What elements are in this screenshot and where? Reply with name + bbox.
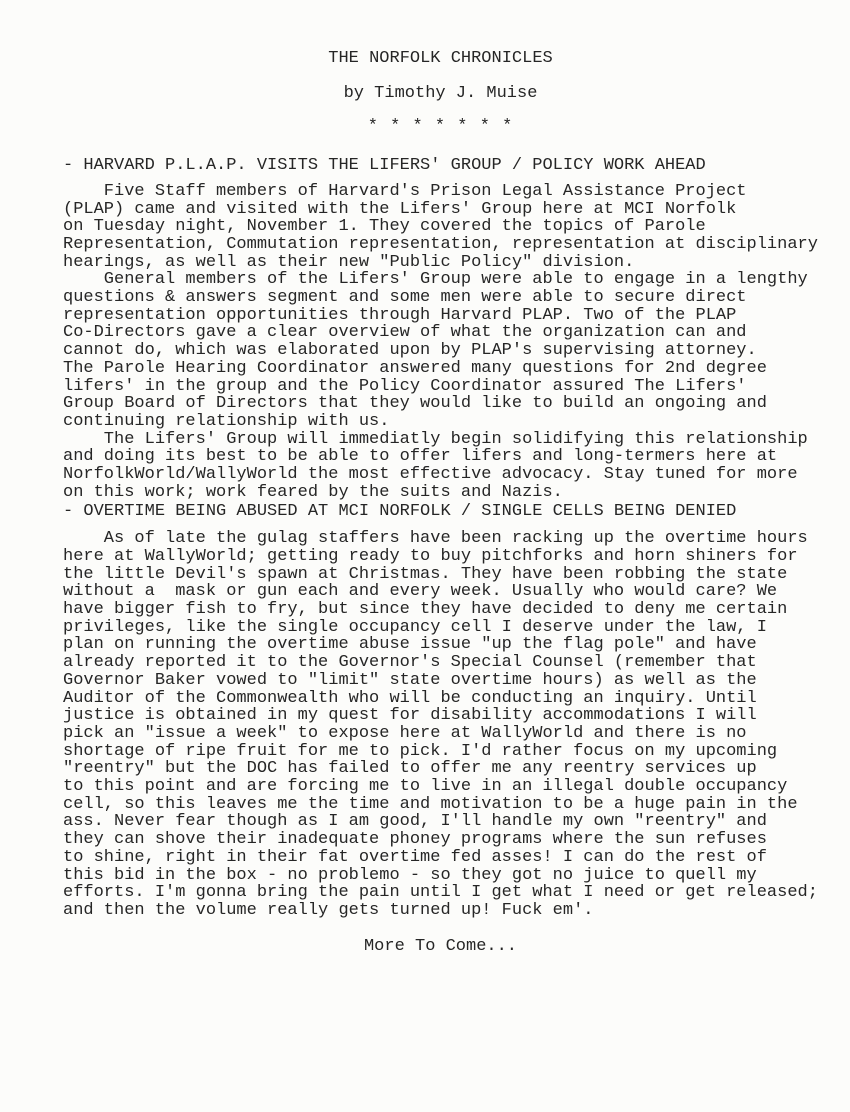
section-overtime-abuse: - OVERTIME BEING ABUSED AT MCI NORFOLK /… xyxy=(63,503,818,919)
section-body-harvard-plap: Five Staff members of Harvard's Prison L… xyxy=(63,183,818,502)
section-harvard-plap: - HARVARD P.L.A.P. VISITS THE LIFERS' GR… xyxy=(63,157,818,501)
document-title: THE NORFOLK CHRONICLES xyxy=(63,50,818,68)
closing-line: More To Come... xyxy=(63,938,818,956)
document-page: THE NORFOLK CHRONICLES by Timothy J. Mui… xyxy=(0,0,850,1112)
section-heading-overtime-abuse: - OVERTIME BEING ABUSED AT MCI NORFOLK /… xyxy=(63,503,818,521)
asterisk-divider: * * * * * * * xyxy=(63,118,818,136)
section-heading-harvard-plap: - HARVARD P.L.A.P. VISITS THE LIFERS' GR… xyxy=(63,157,818,175)
section-body-overtime-abuse: As of late the gulag staffers have been … xyxy=(63,530,818,919)
document-byline: by Timothy J. Muise xyxy=(63,85,818,103)
